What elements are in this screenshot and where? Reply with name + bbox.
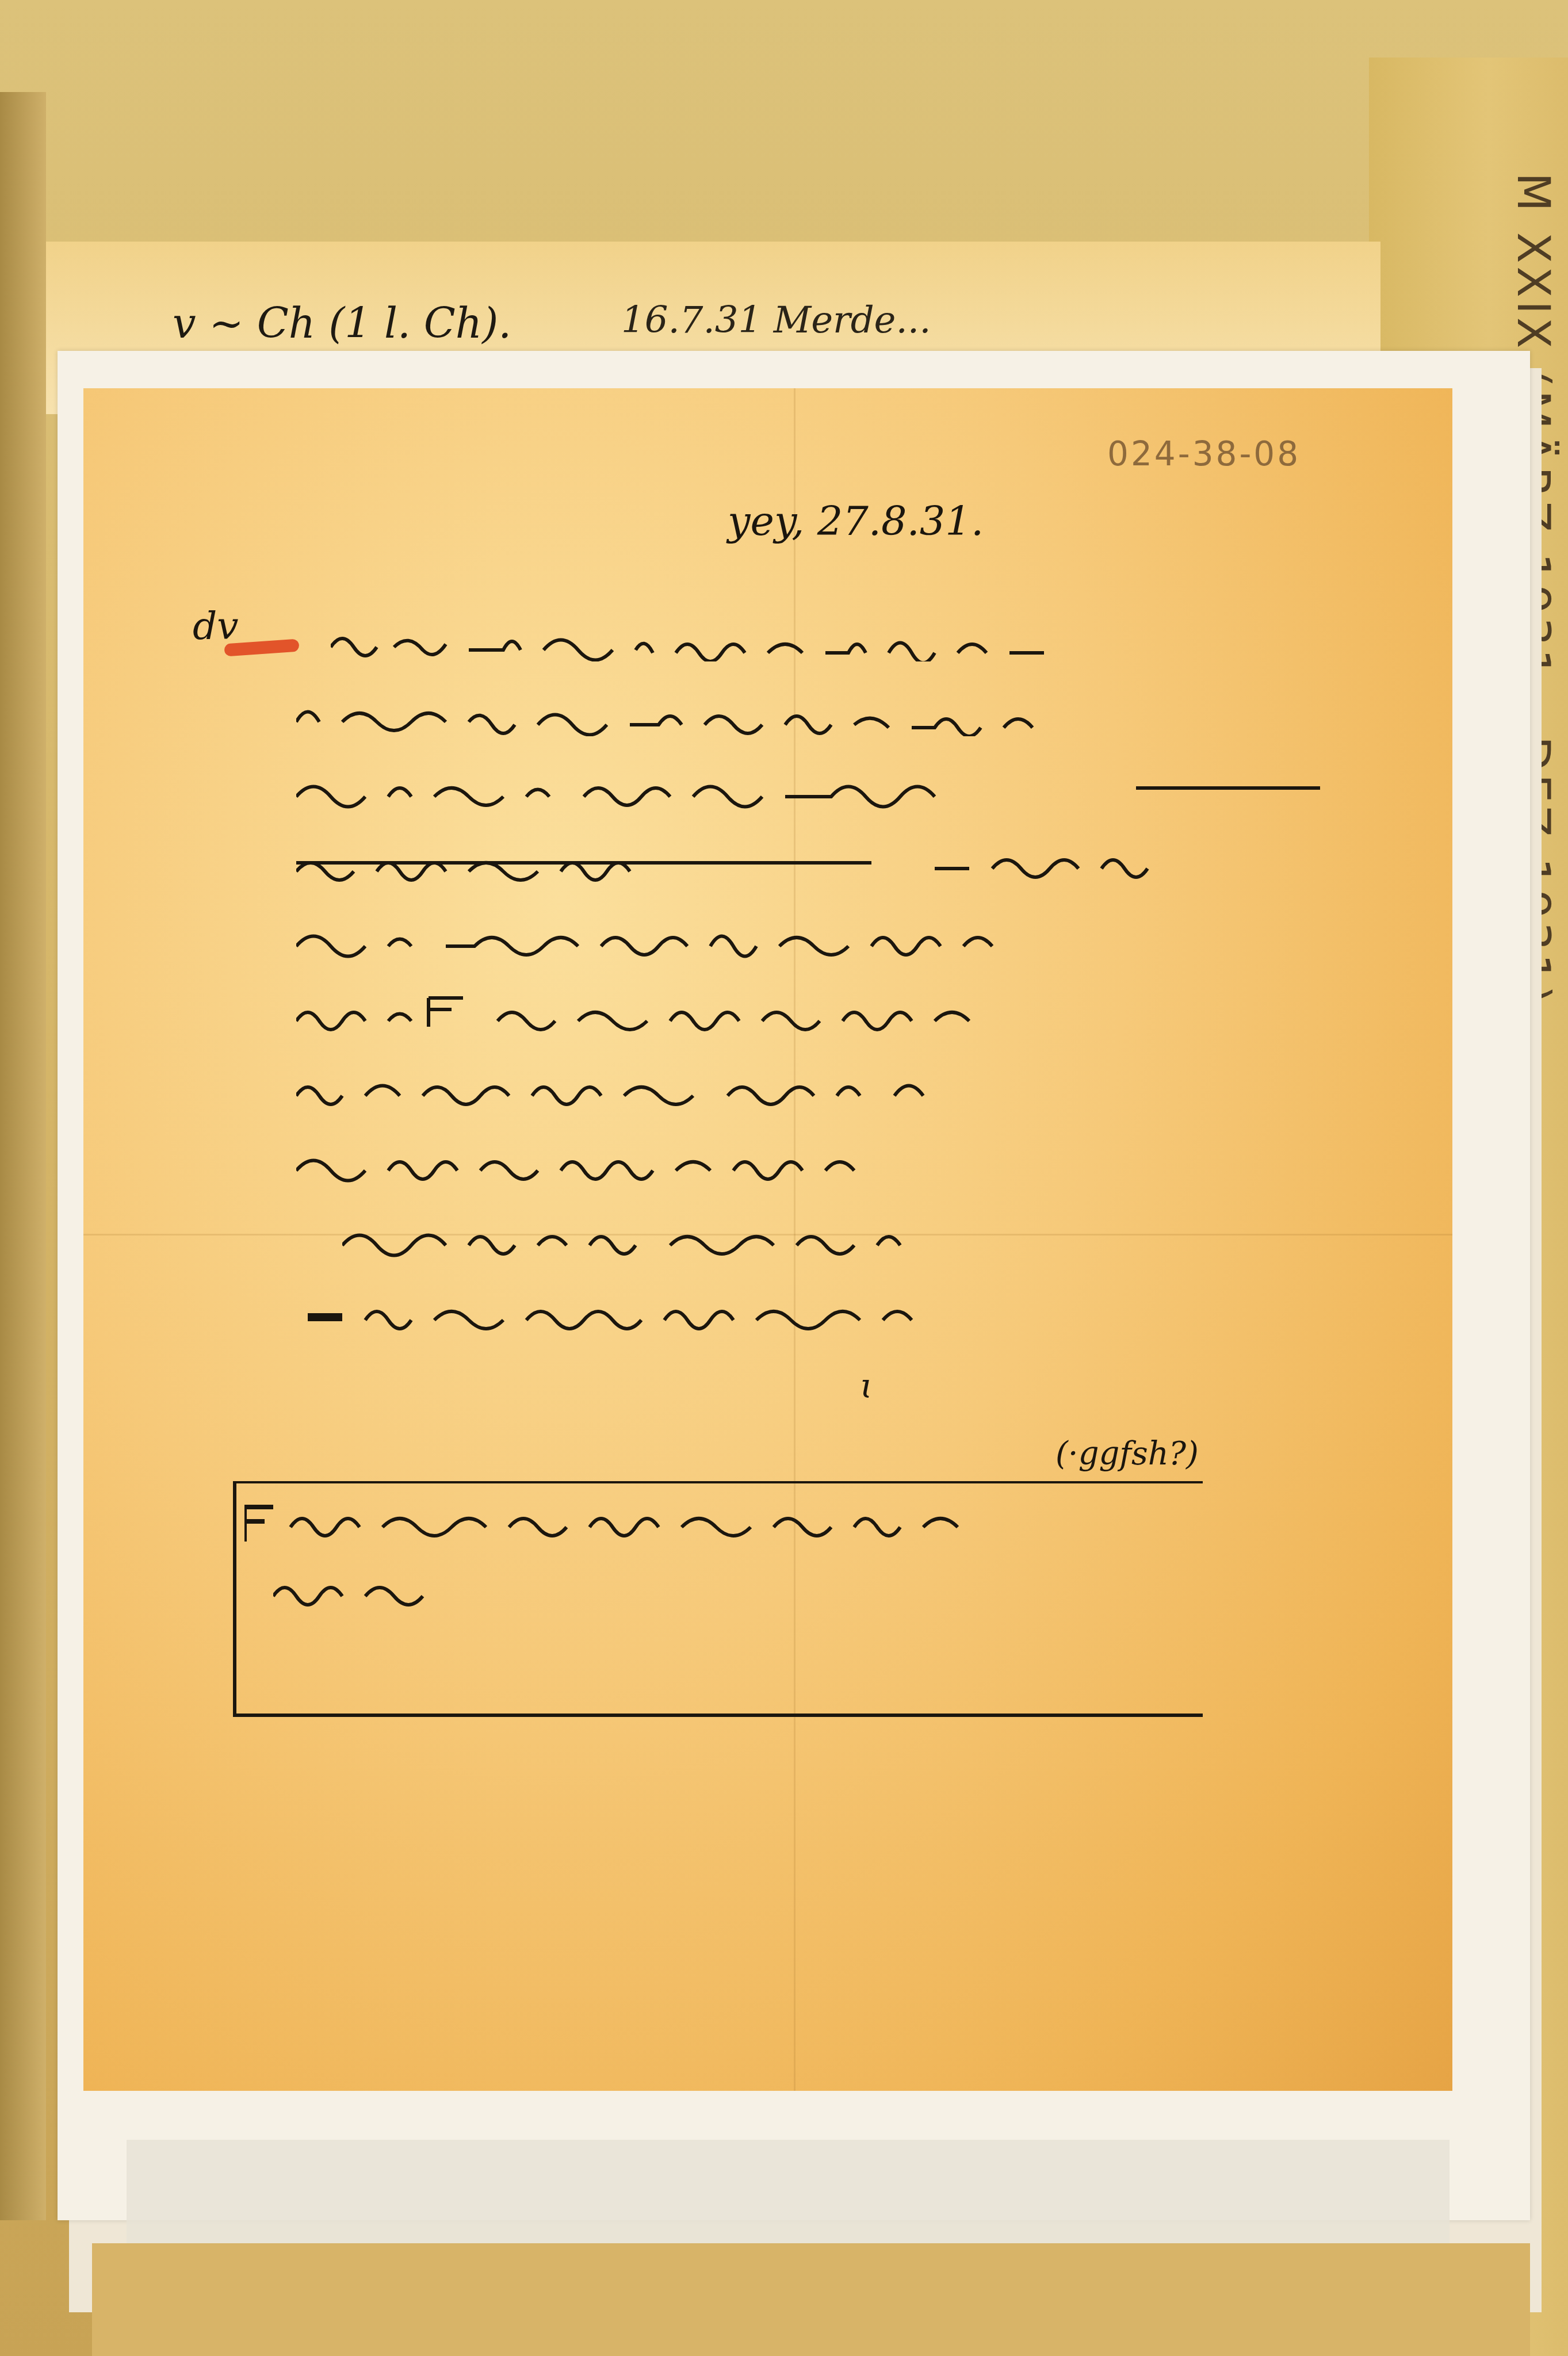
shorthand-line-8 [296,1145,1366,1185]
folder-left-edge [0,92,46,2220]
shorthand-line-2 [296,696,1320,736]
shorthand-line-6 [296,995,1366,1035]
folder-bottom [92,2243,1530,2356]
handwritten-letter: 024-38-08 yey, 27.8.31. dv ɩ (·ggfsh?) [83,388,1452,2091]
shorthand-line-10 [308,1294,1355,1334]
archive-number: 024-38-08 [1107,434,1301,473]
boxed-shorthand-line-2 [273,1570,446,1611]
back-sheet-date: 16.7.31 Merde... [621,299,931,342]
shorthand-line-4-struck [296,846,1360,886]
boxed-shorthand-line-1 [244,1501,1366,1542]
letter-date: yey, 27.8.31. [728,498,984,545]
signature-mark: ɩ [860,1366,874,1406]
salutation: dv [193,604,239,648]
shorthand-line-5 [296,920,1366,961]
shorthand-line-3 [296,771,1360,811]
boxed-note-query: (·ggfsh?) [1055,1435,1199,1472]
shorthand-line-9 [342,1219,1366,1260]
shorthand-line-1 [331,621,1309,661]
back-sheet-header: v ~ Ch (1 l. Ch). [173,299,511,347]
shorthand-line-7 [296,1070,1355,1110]
